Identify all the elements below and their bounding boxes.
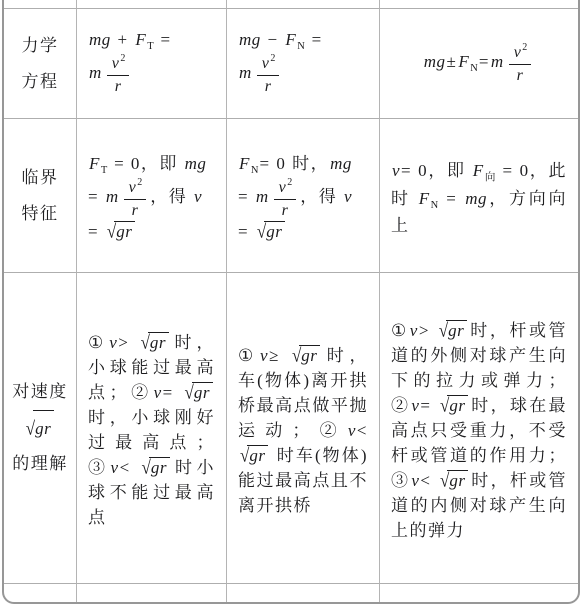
sqrt-expression: √gr (240, 445, 268, 466)
cell-content: FN= 0 时，mg= mv2r，得 v= √gr (227, 145, 379, 245)
text-run: ，得 (300, 187, 343, 206)
fraction-numerator: v2 (509, 41, 532, 65)
radical-sign: √ (440, 469, 449, 491)
math-variable: mg (464, 189, 488, 208)
math-variable: m (255, 187, 270, 206)
text-run: < (357, 421, 368, 440)
radical-sign: √ (141, 457, 150, 479)
empty-bottom-row-cell (76, 583, 226, 602)
radical-sign: √ (185, 382, 194, 404)
exponent: 2 (287, 177, 292, 188)
subscript: 向 (485, 172, 497, 183)
subscripted-variable: FN (418, 189, 439, 208)
radicand: gr (149, 457, 170, 478)
text-run: = 0 时， (259, 154, 329, 173)
row-header-critical-features: 临界特征 (4, 118, 76, 272)
cell-mechanics-equations-col1: mg + FT = mv2r (76, 8, 226, 118)
text-run: + (112, 30, 135, 49)
text-run: > (419, 321, 437, 340)
subscripted-variable: FT (134, 30, 154, 49)
fraction-numerator: v2 (124, 176, 147, 200)
cell-critical-features-col2: FN= 0 时，mg= mv2r，得 v= √gr (226, 118, 379, 272)
fraction-denominator: r (509, 65, 532, 85)
math-variable: m (105, 187, 120, 206)
radical-sign: √ (141, 332, 150, 354)
radical-sign: √ (439, 319, 448, 341)
fraction-numerator: v2 (274, 176, 297, 200)
sqrt-expression: √gr (26, 410, 54, 447)
radicand: gr (299, 345, 320, 366)
math-variable: v (259, 346, 269, 365)
fraction: v2r (124, 176, 147, 220)
radicand: gr (447, 470, 468, 491)
fraction-numerator: v2 (257, 52, 280, 76)
fraction-denominator: r (257, 76, 280, 96)
partial-top-row-cell (76, 0, 226, 8)
text-run: = 0，即 (401, 161, 472, 180)
cell-mechanics-equations-col3: mg±FN=mv2r (379, 8, 578, 118)
math-variable: v (409, 321, 419, 340)
cell-understanding-of-critical-speed-col1: ①v> √gr时，小球能过最高点；②v= √gr时，小球刚好过最高点；③v< √… (76, 272, 226, 583)
text-run: ± (446, 52, 457, 71)
text-run: 的理解 (12, 454, 68, 473)
empty-bottom-row-cell (379, 583, 578, 602)
radicand: gr (264, 221, 285, 242)
text-run: ① (88, 333, 108, 352)
cell-mechanics-equations-col2: mg − FN = mv2r (226, 8, 379, 118)
cell-content: mg±FN=mv2r (380, 37, 578, 89)
radical-sign: √ (440, 394, 449, 416)
cell-content: mg + FT = mv2r (77, 26, 226, 100)
text-run: ≥ (269, 346, 290, 365)
text-run: = (88, 222, 105, 241)
text-run: = (238, 187, 255, 206)
exponent: 2 (270, 53, 275, 64)
math-variable: m (490, 52, 505, 71)
fraction: v2r (257, 52, 280, 96)
sqrt-expression: √gr (292, 345, 320, 366)
row-header-text: 临界特征 (4, 160, 76, 231)
fraction: v2r (107, 52, 130, 96)
subscripted-variable: FN (238, 154, 259, 173)
radicand: gr (247, 445, 268, 466)
radicand: gr (447, 395, 468, 416)
row-header-mechanics-equations: 力学方程 (4, 8, 76, 118)
sqrt-expression: √gr (439, 320, 467, 341)
cell-content: ①v> √gr时，杆或管道的外侧对球产生向下的拉力或弹力；②v= √gr时，球在… (380, 312, 578, 545)
math-variable: v (193, 187, 203, 206)
text-run: = (306, 30, 323, 49)
radicand: gr (446, 320, 467, 341)
partial-top-row-cell (4, 0, 76, 8)
text-run: ，得 (150, 187, 193, 206)
text-run: 特征 (22, 204, 59, 223)
radical-sign: √ (292, 344, 301, 366)
sqrt-expression: √gr (141, 332, 169, 353)
cell-understanding-of-critical-speed-col2: ①v≥ √gr时，车(物体)离开拱桥最高点做平抛运动；②v< √gr 时车(物体… (226, 272, 379, 583)
text-run: 临界 (22, 168, 59, 187)
math-variable: mg (238, 30, 262, 49)
text-run: < (120, 458, 140, 477)
radical-sign: √ (257, 220, 266, 242)
cell-content: mg − FN = mv2r (227, 26, 379, 100)
math-variable: v (410, 396, 420, 415)
empty-bottom-row-cell (226, 583, 379, 602)
text-run: = (88, 187, 105, 206)
text-run: = (155, 30, 172, 49)
row-header-text: 力学方程 (4, 28, 76, 99)
subscript: N (431, 200, 440, 211)
radicand: gr (192, 382, 213, 403)
radical-sign: √ (240, 444, 249, 466)
text-run: = (439, 189, 464, 208)
cell-critical-features-col3: v= 0，即 F向 = 0，此时 FN = mg，方向向上 (379, 118, 578, 272)
subscripted-variable: FN (284, 30, 305, 49)
subscripted-variable: F向 (472, 161, 497, 180)
text-run: ① (391, 321, 409, 340)
subscripted-variable: FN (457, 52, 478, 71)
sqrt-expression: √gr (107, 221, 135, 242)
cell-critical-features-col1: FT = 0，即 mg= mv2r，得 v= √gr (76, 118, 226, 272)
math-variable: mg (423, 52, 447, 71)
text-run: 对速度 (12, 382, 68, 401)
cell-content: ①v≥ √gr时，车(物体)离开拱桥最高点做平抛运动；②v< √gr 时车(物体… (227, 337, 379, 520)
fraction: v2r (274, 176, 297, 220)
math-variable: mg (184, 154, 208, 173)
math-variable: v (343, 187, 353, 206)
radicand: gr (114, 221, 135, 242)
exponent: 2 (137, 177, 142, 188)
fraction: v2r (509, 41, 532, 85)
cell-content: v= 0，即 F向 = 0，此时 FN = mg，方向向上 (380, 152, 578, 240)
math-variable: v (153, 383, 163, 402)
fraction-denominator: r (124, 200, 147, 220)
subscript: N (297, 41, 306, 52)
math-variable: v (391, 161, 401, 180)
cell-content: ①v> √gr时，小球能过最高点；②v= √gr时，小球刚好过最高点；③v< √… (77, 324, 226, 532)
partial-top-row-cell (379, 0, 578, 8)
textbook-table-page: 力学方程mg + FT = mv2rmg − FN = mv2rmg±FN=mv… (0, 0, 584, 616)
math-variable: v (110, 458, 120, 477)
fraction-denominator: r (107, 76, 130, 96)
partial-top-row-cell (226, 0, 379, 8)
math-variable: v (108, 333, 118, 352)
radicand: gr (33, 410, 54, 447)
sqrt-expression: √gr (257, 221, 285, 242)
text-run: = (479, 52, 490, 71)
subscript: N (470, 63, 479, 74)
math-variable: mg (88, 30, 112, 49)
fraction-numerator: v2 (107, 52, 130, 76)
text-run: = 0，即 (108, 154, 183, 173)
text-run: = (420, 396, 438, 415)
circular-motion-table: 力学方程mg + FT = mv2rmg − FN = mv2rmg±FN=mv… (2, 0, 580, 604)
text-run: 方程 (22, 72, 59, 91)
row-header-understanding-of-critical-speed: 对速度√gr的理解 (4, 272, 76, 583)
subscript: T (147, 41, 154, 52)
math-variable: mg (329, 154, 353, 173)
text-run: 力学 (22, 36, 59, 55)
sqrt-expression: √gr (440, 470, 468, 491)
exponent: 2 (522, 42, 527, 53)
math-variable: v (347, 421, 357, 440)
math-variable: v (410, 471, 420, 490)
empty-bottom-row-cell (4, 583, 76, 602)
sqrt-expression: √gr (440, 395, 468, 416)
text-run: ① (238, 346, 259, 365)
sqrt-expression: √gr (141, 457, 169, 478)
cell-understanding-of-critical-speed-col3: ①v> √gr时，杆或管道的外侧对球产生向下的拉力或弹力；②v= √gr时，球在… (379, 272, 578, 583)
text-run: > (118, 333, 138, 352)
radical-sign: √ (107, 220, 116, 242)
row-header-text: 对速度√gr的理解 (4, 374, 76, 482)
math-variable: m (88, 63, 103, 82)
radicand: gr (148, 332, 169, 353)
cell-content: FT = 0，即 mg= mv2r，得 v= √gr (77, 145, 226, 245)
text-run: < (420, 471, 438, 490)
fraction-denominator: r (274, 200, 297, 220)
sqrt-expression: √gr (185, 382, 213, 403)
text-run: − (262, 30, 285, 49)
subscripted-variable: FT (88, 154, 108, 173)
text-run: = (238, 222, 255, 241)
exponent: 2 (120, 53, 125, 64)
text-run: = (163, 383, 183, 402)
radical-sign: √ (26, 409, 35, 449)
math-variable: m (238, 63, 253, 82)
